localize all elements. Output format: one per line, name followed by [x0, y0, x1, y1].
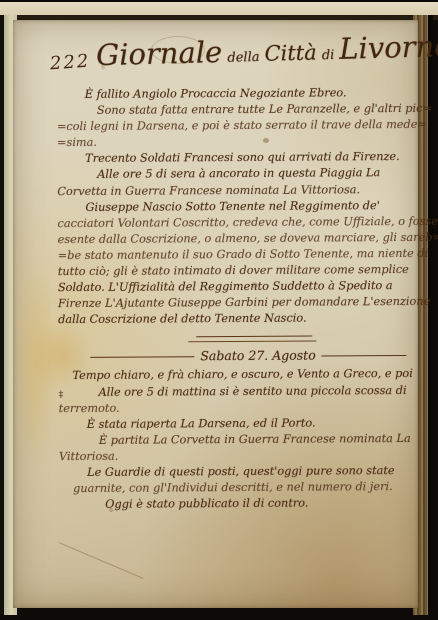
stain — [15, 260, 57, 470]
page-top-edge — [0, 2, 438, 20]
page-number: 222 — [49, 51, 91, 75]
manuscript-line: dalla Coscrizione del detto Tenente Nasc… — [58, 310, 410, 328]
entry-date: Sabato 27. Agosto — [194, 348, 321, 365]
manuscript-photo: 222 Giornale della Città di Livorno È fa… — [0, 0, 438, 620]
divider-rule — [322, 355, 407, 357]
manuscript-line: Oggi è stato pubblicato il di contro. — [59, 495, 411, 513]
manuscript-line-text: Alle ore 5 di mattina si è sentito una p… — [99, 383, 407, 398]
manuscript-text: È fallito Angiolo Procaccia Negoziante E… — [57, 85, 412, 513]
entry-separator-rule — [58, 332, 410, 348]
title-word: della — [227, 50, 259, 66]
divider-rule — [90, 356, 194, 358]
title-word: Giornale — [96, 35, 223, 72]
date-divider: Sabato 27. Agosto — [58, 346, 410, 366]
paper-crease — [58, 542, 143, 579]
title-word: Livorno — [339, 29, 438, 66]
title-word: di — [322, 48, 335, 63]
title-word: Città — [264, 40, 317, 65]
